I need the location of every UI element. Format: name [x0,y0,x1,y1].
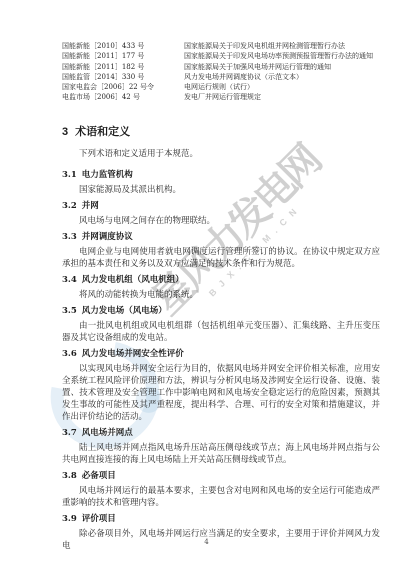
section-number: 3.2 [62,201,77,211]
reference-title: 风力发电场并网调度协议（示范文本） [184,72,380,82]
section: 3.9评价项目 除必备项目外，风电场并网运行应当满足的安全要求，主要用于评价并网… [62,512,380,552]
section: 3.3并网调度协议 电网企业与电网使用者就电网调度运行管理所签订的协议。在协议中… [62,230,380,270]
reference-code: 国能监管［2014］330 号 [62,72,184,82]
section-number: 3.7 [62,428,77,438]
section-heading: 3.2并网 [62,199,380,212]
reference-code: 国能新能［2011］182 号 [62,62,184,72]
reference-title: 国家能源局关于印发风电机组并网检测管理暂行办法 [184,41,380,51]
reference-list: 国能新能［2010］433 号 国家能源局关于印发风电机组并网检测管理暂行办法 … [62,41,380,103]
section-number: 3.1 [62,170,77,180]
section-heading: 3.3并网调度协议 [62,230,380,243]
section-number: 3.6 [62,349,77,359]
section-title: 必备项目 [82,470,116,480]
chapter-number: 3 [62,126,68,138]
chapter-title: 术语和定义 [75,126,130,138]
section-number: 3.5 [62,306,77,316]
section-heading: 3.5风力发电场（风电场） [62,304,380,317]
reference-code: 国能新能［2010］433 号 [62,41,184,51]
reference-row: 国能新能［2011］182 号 国家能源局关于加强风电场并网运行管理的通知 [62,62,380,72]
section-body: 电网企业与电网使用者就电网调度运行管理所签订的协议。在协议中规定双方应承担的基本… [62,246,380,270]
section-heading: 3.9评价项目 [62,512,380,525]
section: 3.5风力发电场（风电场） 由一批风电机组或风电机组群（包括机组单元变压器）、汇… [62,304,380,344]
section: 3.4风力发电机组（风电机组） 将风的动能转换为电能的系统。 [62,273,380,301]
reference-row: 电监市场［2006］42 号 发电厂并网运行管理规定 [62,92,380,102]
section-body: 国家能源局及其派出机构。 [62,184,380,196]
section: 3.2并网 风电场与电网之间存在的物理联结。 [62,199,380,227]
section-number: 3.9 [62,514,77,524]
section-number: 3.4 [62,275,77,285]
section-body: 风电场与电网之间存在的物理联结。 [62,215,380,227]
section-number: 3.8 [62,471,77,481]
section-title: 风力发电场（风电场） [82,305,167,315]
section-title: 电力监管机构 [82,169,133,179]
section-title: 并网 [82,200,99,210]
reference-row: 国能监管［2014］330 号 风力发电场并网调度协议（示范文本） [62,72,380,82]
section-title: 风力发电机组（风电机组） [82,274,184,284]
section-title: 并网调度协议 [82,231,133,241]
document-page: 星风力发电网 BJX.COM.CN 国能新能［2010］433 号 国家能源局关… [0,0,413,585]
section-heading: 3.1电力监管机构 [62,168,380,181]
section-title: 风力发电场并网安全性评价 [82,348,184,358]
reference-row: 国能新能［2010］433 号 国家能源局关于印发风电机组并网检测管理暂行办法 [62,41,380,51]
section-heading: 3.4风力发电机组（风电机组） [62,273,380,286]
page-number: 4 [0,538,413,546]
section-title: 评价项目 [82,513,116,523]
section-body: 风电场并网运行的最基本要求，主要包含对电网和风电场的安全运行可能造成严重影响的技… [62,485,380,509]
section: 3.6风力发电场并网安全性评价 以实现风电场并网安全运行为目的，依据风电场并网安… [62,347,380,423]
reference-title: 发电厂并网运行管理规定 [184,92,380,102]
section-body: 由一批风电机组或风电机组群（包括机组单元变压器）、汇集线路、主升压变压器及其它设… [62,320,380,344]
reference-code: 电监市场［2006］42 号 [62,92,184,102]
section-title: 风电场并网点 [82,427,133,437]
reference-code: 国能新能［2011］177 号 [62,51,184,61]
page-content: 国能新能［2010］433 号 国家能源局关于印发风电机组并网检测管理暂行办法 … [62,41,380,552]
reference-title: 国家能源局关于印发风电场功率预测预报管理暂行办法的通知 [184,51,380,61]
section-heading: 3.7风电场并网点 [62,426,380,439]
section-number: 3.3 [62,232,77,242]
chapter-heading: 3术语和定义 [62,125,380,139]
section-body: 将风的动能转换为电能的系统。 [62,289,380,301]
section-body: 以实现风电场并网安全运行为目的，依据风电场并网安全评价相关标准，应用安全系统工程… [62,363,380,423]
reference-code: 国家电监会［2006］22 号令 [62,82,184,92]
reference-row: 国家电监会［2006］22 号令 电网运行规则（试行） [62,82,380,92]
section-body: 陆上风电场并网点指风电场升压站高压侧母线或节点；海上风电场并网点指与公共电网直接… [62,442,380,466]
section: 3.7风电场并网点 陆上风电场并网点指风电场升压站高压侧母线或节点；海上风电场并… [62,426,380,466]
section: 3.8必备项目 风电场并网运行的最基本要求，主要包含对电网和风电场的安全运行可能… [62,469,380,509]
reference-title: 电网运行规则（试行） [184,82,380,92]
chapter-intro: 下列术语和定义适用于本规范。 [62,148,380,160]
reference-row: 国能新能［2011］177 号 国家能源局关于印发风电场功率预测预报管理暂行办法… [62,51,380,61]
section: 3.1电力监管机构 国家能源局及其派出机构。 [62,168,380,196]
section-heading: 3.6风力发电场并网安全性评价 [62,347,380,360]
reference-title: 国家能源局关于加强风电场并网运行管理的通知 [184,62,380,72]
section-heading: 3.8必备项目 [62,469,380,482]
